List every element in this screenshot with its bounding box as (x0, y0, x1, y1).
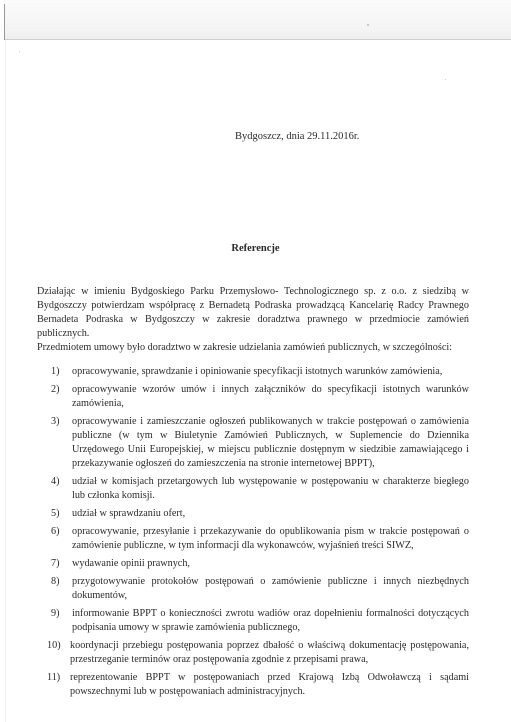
scan-edge-line (4, 39, 511, 40)
list-number: 8) (51, 575, 60, 589)
list-item: 4)udział w komisjach przetargowych lub w… (37, 475, 469, 503)
scan-edge-left-faint (5, 40, 6, 722)
scanned-document-page: Bydgoszcz, dnia 29.11.2016r. Referencje … (0, 0, 511, 722)
scan-speck (445, 79, 446, 80)
scan-shadow-top (4, 0, 511, 40)
list-number: 1) (51, 365, 60, 379)
list-number: 9) (51, 607, 60, 621)
list-number: 3) (51, 415, 60, 429)
list-item-text: reprezentowanie BPPT w postępowaniach pr… (70, 672, 469, 697)
list-item: 1)opracowywanie, sprawdzanie i opiniowan… (37, 365, 469, 379)
list-number: 4) (51, 475, 60, 489)
intro-paragraph: Działając w imieniu Bydgoskiego Parku Pr… (37, 285, 469, 341)
list-item-text: opracowywanie i zamieszczanie ogłoszeń p… (72, 416, 469, 469)
list-item-text: opracowywanie, przesyłanie i przekazywan… (72, 526, 469, 551)
list-item-text: przygotowywanie protokołów postępowań o … (72, 576, 469, 601)
scope-paragraph: Przedmiotem umowy było doradztwo w zakre… (37, 341, 469, 355)
document-title: Referencje (0, 243, 511, 254)
list-item-text: wydawanie opinii prawnych, (72, 558, 190, 569)
list-item-text: informowanie BPPT o konieczności zwrotu … (72, 608, 469, 633)
list-item-text: opracowywanie wzorów umów i innych załąc… (72, 384, 469, 409)
list-number: 11) (47, 671, 60, 685)
list-number: 5) (51, 507, 60, 521)
scan-edge-left (4, 4, 5, 40)
list-item: 10)koordynacji przebiegu postępowania po… (37, 639, 469, 667)
list-item: 9)informowanie BPPT o konieczności zwrot… (37, 607, 469, 635)
list-number: 7) (51, 557, 60, 571)
scope-list: 1)opracowywanie, sprawdzanie i opiniowan… (37, 365, 469, 703)
list-item-text: koordynacji przebiegu postępowania poprz… (70, 640, 469, 665)
list-item-text: opracowywanie, sprawdzanie i opiniowanie… (72, 366, 442, 377)
date-line: Bydgoszcz, dnia 29.11.2016r. (235, 131, 359, 142)
list-item: 11)reprezentowanie BPPT w postępowaniach… (37, 671, 469, 699)
list-number: 10) (47, 639, 61, 653)
list-item: 3)opracowywanie i zamieszczanie ogłoszeń… (37, 415, 469, 471)
scan-speck (367, 24, 369, 26)
list-item-text: udział w sprawdzaniu ofert, (72, 508, 185, 519)
list-item: 6)opracowywanie, przesyłanie i przekazyw… (37, 525, 469, 553)
list-item: 5)udział w sprawdzaniu ofert, (37, 507, 469, 521)
list-item-text: udział w komisjach przetargowych lub wys… (72, 476, 469, 501)
list-number: 2) (51, 383, 60, 397)
list-item: 2)opracowywanie wzorów umów i innych zał… (37, 383, 469, 411)
list-item: 7)wydawanie opinii prawnych, (37, 557, 469, 571)
list-number: 6) (51, 525, 60, 539)
scan-speck (19, 51, 20, 52)
list-item: 8)przygotowywanie protokołów postępowań … (37, 575, 469, 603)
